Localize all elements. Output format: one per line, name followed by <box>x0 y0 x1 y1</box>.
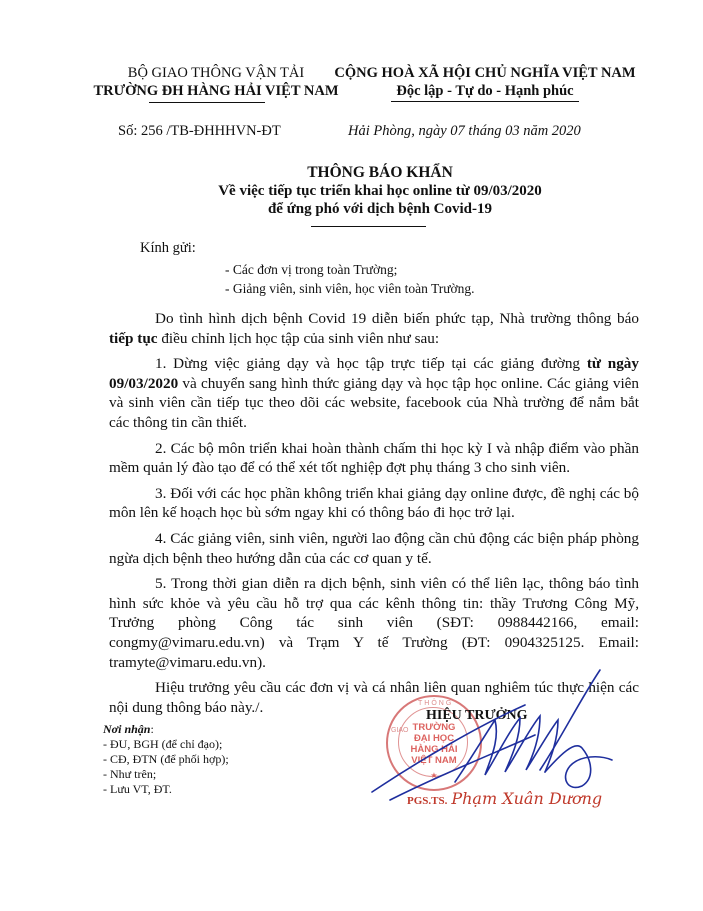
document-subject-line-2: để ứng phó với dịch bệnh Covid-19 <box>190 201 570 218</box>
recipients-label: Kính gửi: <box>140 240 196 257</box>
distribution-item: - CĐ, ĐTN (để phối hợp); <box>103 752 229 767</box>
item-1-paragraph: 1. Dừng việc giảng dạy và học tập trực t… <box>109 354 639 432</box>
signer-academic-title: PGS.TS. <box>407 795 447 807</box>
national-motto: Độc lập - Tự do - Hạnh phúc <box>330 82 640 100</box>
distribution-item: - Lưu VT, ĐT. <box>103 782 229 797</box>
school-name: TRƯỜNG ĐH HÀNG HẢI VIỆT NAM <box>86 82 346 100</box>
nation-name: CỘNG HOÀ XÃ HỘI CHỦ NGHĨA VIỆT NAM <box>330 64 640 82</box>
signer-name: PGS.TS. Phạm Xuân Dương <box>407 789 602 809</box>
recipient-item: - Giảng viên, sinh viên, học viên toàn T… <box>225 281 475 297</box>
distribution-item: - Như trên; <box>103 767 229 782</box>
title-underline <box>311 226 426 227</box>
item-4-paragraph: 4. Các giảng viên, sinh viên, người lao … <box>109 529 639 568</box>
motto-underline <box>391 101 579 102</box>
item-5-paragraph: 5. Trong thời gian diễn ra dịch bệnh, si… <box>109 574 639 672</box>
item-3-paragraph: 3. Đối với các học phần không triển khai… <box>109 484 639 523</box>
intro-paragraph: Do tình hình dịch bệnh Covid 19 diễn biế… <box>109 309 639 348</box>
handwritten-signature-icon <box>360 660 640 810</box>
item-2-paragraph: 2. Các bộ môn triển khai hoàn thành chấm… <box>109 439 639 478</box>
signer-full-name: Phạm Xuân Dương <box>451 789 602 808</box>
ministry-name: BỘ GIAO THÔNG VẬN TẢI <box>96 64 336 82</box>
school-underline <box>149 102 265 103</box>
recipient-item: - Các đơn vị trong toàn Trường; <box>225 262 397 278</box>
distribution-item: - ĐU, BGH (để chỉ đạo); <box>103 737 229 752</box>
document-subject-line-1: Về việc tiếp tục triển khai học online t… <box>190 183 570 200</box>
emphasis: tiếp tục <box>109 330 158 347</box>
place-and-date: Hải Phòng, ngày 07 tháng 03 năm 2020 <box>348 123 581 140</box>
distribution-label: Nơi nhận: <box>103 722 229 737</box>
document-title: THÔNG BÁO KHẨN <box>200 164 560 182</box>
document-number: Số: 256 /TB-ĐHHHVN-ĐT <box>118 123 281 140</box>
distribution-list: Nơi nhận: - ĐU, BGH (để chỉ đạo); - CĐ, … <box>103 722 229 797</box>
